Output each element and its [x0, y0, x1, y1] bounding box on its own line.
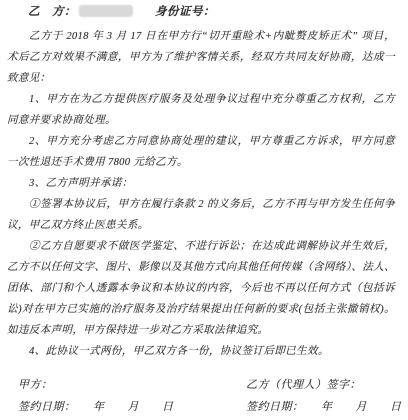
body-line-clause-4: 4、此协议一式两份，甲乙双方各一份，协议签订后即已生效。 [7, 341, 395, 362]
body-line: 乙方于 2018 年 3 月 17 日在甲方行“切开重睑术+内眦赘皮矫正术” 项… [7, 26, 395, 47]
body-line-item-1: ①签署本协议后，甲方在履行条款 2 的义务后，乙方不再与甲方发生任何争 [7, 194, 395, 215]
party-b-sign-date: 签约日期： 年 月 日 [246, 397, 402, 418]
body-line-clause-3: 3、乙方声明并承诺： [7, 173, 395, 194]
body-line: 议，甲乙双方终止医患关系。 [7, 215, 395, 236]
redacted-name-patch [79, 5, 133, 17]
body-line-clause-1: 1、甲方在为乙方提供医疗服务及处理争议过程中充分尊重乙方权利，乙方 [7, 89, 395, 110]
body-line: 团体、部门和个人透露本争议和本协议的内容，今后也不再以任何方式（包括诉 [7, 278, 395, 299]
body-line-refund-amount: 一次性退还手术费用 7800 元给乙方。 [7, 152, 395, 173]
body-line: 乙方不以任何文字、图片、影像以及其他方式向其他任何传媒（含网络）、法人、 [7, 257, 395, 278]
body-line-item-2: ②乙方自愿要求不做医学鉴定、不进行诉讼；在达成此调解协议并生效后， [7, 236, 395, 257]
id-number-label: 身份证号： [155, 3, 215, 19]
body-line-clause-2: 2、甲方充分考虑乙方同意协商处理的建议，甲方尊重乙方诉求，甲方同意 [7, 131, 395, 152]
body-line: 讼)对在甲方已实施的治疗服务及治疗结果提出任何新的要求(包括主张撤销权)。 [7, 299, 395, 320]
agreement-body: 乙方于 2018 年 3 月 17 日在甲方行“切开重睑术+内眦赘皮矫正术” 项… [7, 26, 395, 362]
body-line: 术后乙方对效果不满意，甲方为了维护客情关系，经双方共同友好协商，达成一 [7, 47, 395, 68]
party-a-sign-date: 签约日期： 年 月 日 [18, 397, 246, 418]
party-b-signature-label: 乙方（代理人）签字： [246, 375, 361, 396]
document-page: 乙 方： 身份证号： 乙方于 2018 年 3 月 17 日在甲方行“切开重睑术… [0, 0, 408, 420]
body-line: 如违反本声明，甲方保持进一步对乙方采取法律追究。 [7, 320, 395, 341]
body-line: 同意并要求协商处理。 [7, 110, 395, 131]
signature-block: 甲方： 乙方（代理人）签字： 签约日期： 年 月 日 签约日期： 年 月 日 [0, 375, 408, 418]
document-header: 乙 方： 身份证号： [28, 3, 398, 19]
party-a-signature-label: 甲方： [18, 375, 246, 396]
body-line: 致意见： [7, 68, 395, 89]
party-b-label: 乙 方： [28, 3, 76, 19]
